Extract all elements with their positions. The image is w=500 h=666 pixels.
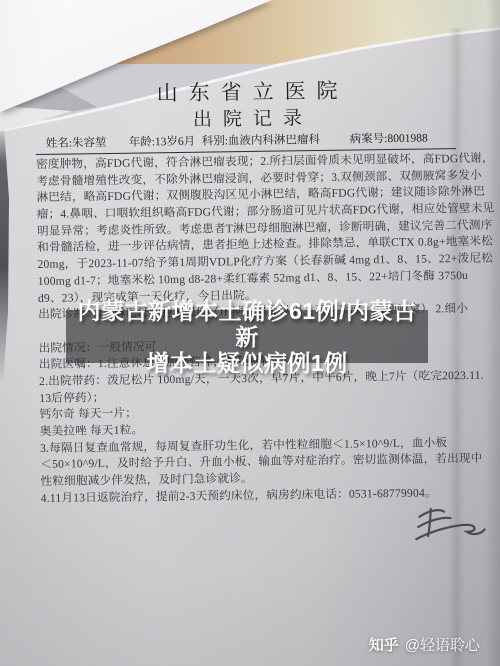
photo-of-discharge-record: 山东省立医院 出院记录 姓名:朱容堃 年龄:13岁6月 科别:血液内科淋巴瘤科 …: [0, 0, 500, 666]
watermark-handle: @轻语聆心: [405, 637, 480, 654]
case-number-field: 病案号:8001988: [350, 130, 428, 147]
patient-age-label: 年龄:: [129, 136, 155, 148]
news-headline-banner: 内蒙古新增本土确诊61例/内蒙古新 增本土疑似病例1例: [66, 310, 428, 363]
case-number-label: 病案号:: [350, 133, 388, 146]
handwritten-signature: [409, 498, 491, 550]
overlapping-white-sheet: [0, 0, 300, 130]
patient-age-value: 13岁6月: [155, 136, 195, 149]
patient-dept-field: 科别:血液内科淋巴瘤科: [202, 131, 320, 149]
patient-name-field: 姓名:朱容堃: [46, 134, 107, 151]
patient-dept-value: 血液内科淋巴瘤科: [228, 134, 320, 147]
patient-age-field: 年龄:13岁6月: [129, 133, 196, 150]
headline-line-2: 增本土疑似病例1例: [66, 350, 428, 376]
white-sheet-shape: [0, 0, 300, 130]
patient-name-value: 朱容堃: [72, 137, 107, 149]
patient-dept-label: 科别:: [202, 135, 228, 147]
case-number-value: 8001988: [387, 133, 427, 146]
zhihu-watermark: 知乎@轻语聆心: [369, 634, 480, 655]
patient-name-label: 姓名:: [46, 137, 72, 149]
headline-line-1: 内蒙古新增本土确诊61例/内蒙古新: [66, 298, 428, 350]
zhihu-logo-text: 知乎: [369, 637, 399, 654]
